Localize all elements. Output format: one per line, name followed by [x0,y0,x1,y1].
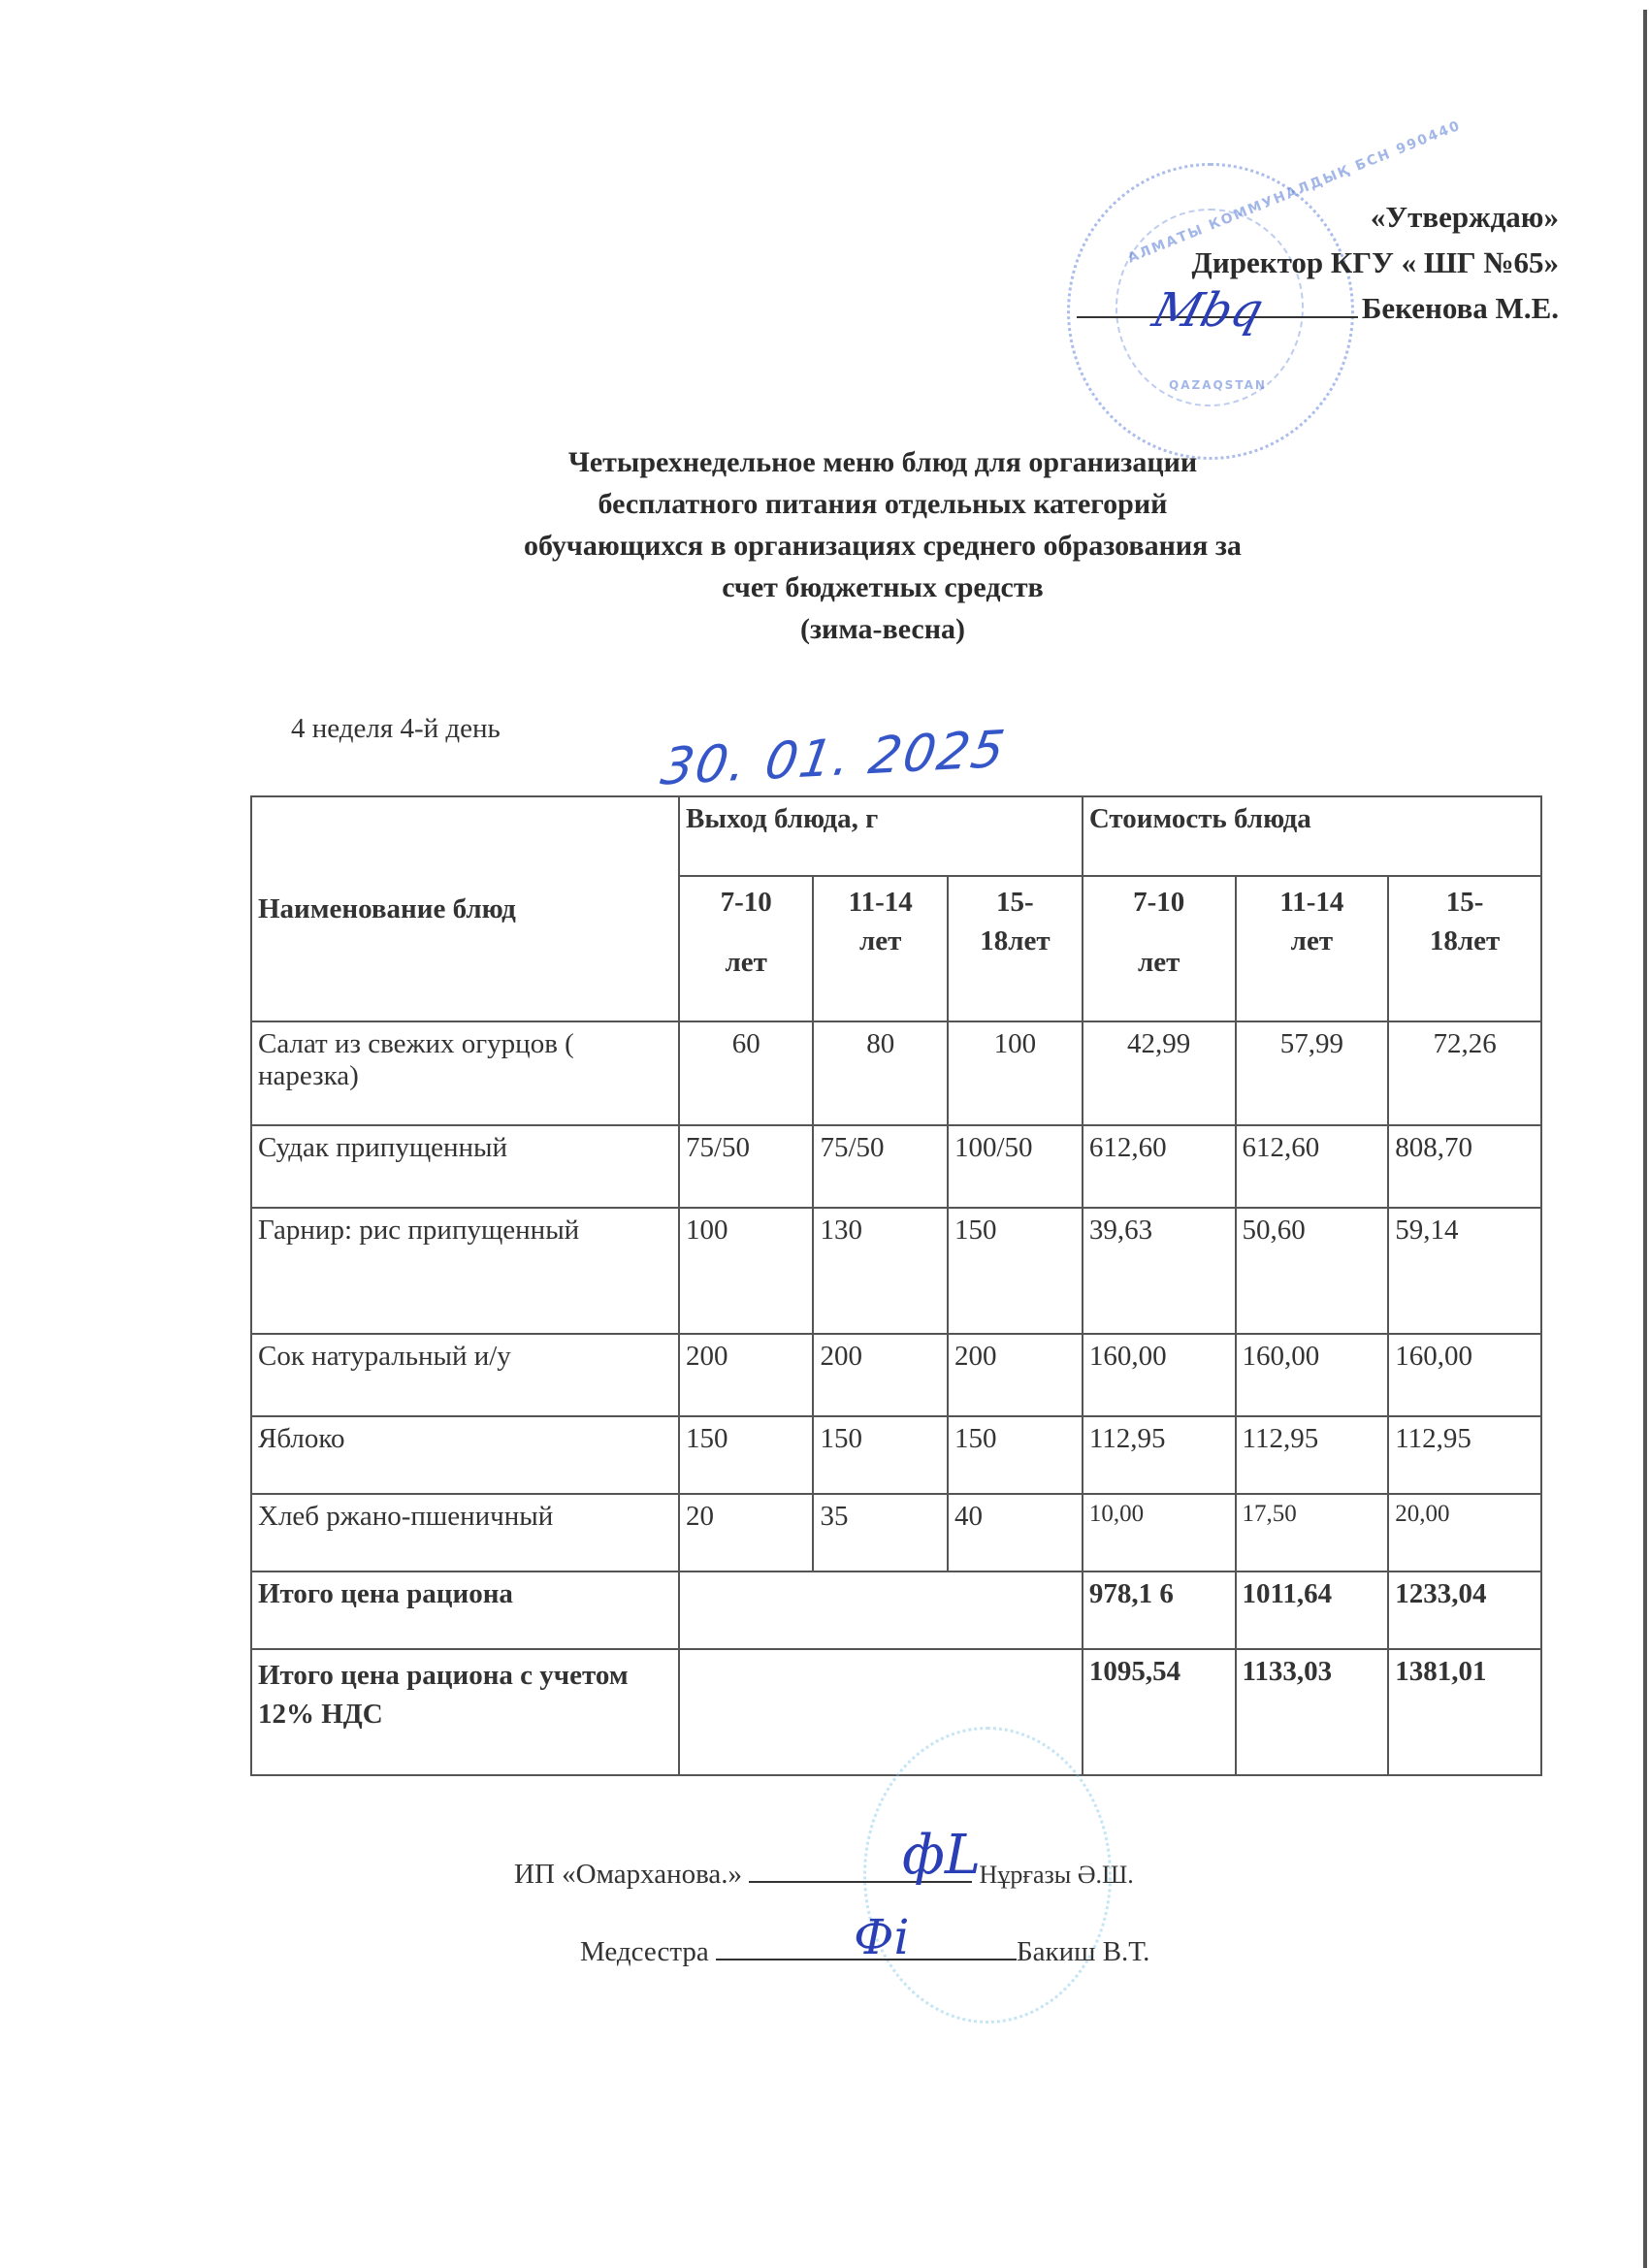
yield-11-14: 35 [813,1494,947,1571]
supplier-label: ИП «Омарханова.» [514,1859,742,1890]
title-line-2: бесплатного питания отдельных категорий [369,483,1397,525]
cost-11-14: 17,50 [1236,1494,1389,1571]
yield-15-18: 200 [948,1334,1083,1416]
cost-15-18: 72,26 [1388,1021,1541,1125]
yield-11-14: 150 [813,1416,947,1494]
table-row: Хлеб ржано-пшеничный 20 35 40 10,00 17,5… [251,1494,1541,1571]
yield-15-18: 150 [948,1208,1083,1334]
yield-7-10: 200 [679,1334,813,1416]
dish-name: Хлеб ржано-пшеничный [251,1494,679,1571]
scan-edge [1643,10,1647,2268]
document-title: Четырехнедельное меню блюд для организац… [369,441,1397,650]
total-vat-cost-7-10: 1095,54 [1083,1649,1236,1775]
header-yield-age-11-14: 11-14лет [813,876,947,1021]
cost-11-14: 612,60 [1236,1125,1389,1208]
cost-15-18: 808,70 [1388,1125,1541,1208]
header-cost-age-15-18: 15-18лет [1388,876,1541,1021]
dish-name: Яблоко [251,1416,679,1494]
cost-7-10: 112,95 [1083,1416,1236,1494]
yield-11-14: 80 [813,1021,947,1125]
week-day-label: 4 неделя 4-й день [291,713,501,745]
table-row: Яблоко 150 150 150 112,95 112,95 112,95 [251,1416,1541,1494]
total-cost-15-18: 1233,04 [1388,1571,1541,1649]
yield-15-18: 100 [948,1021,1083,1125]
total-label: Итого цена рациона [251,1571,679,1649]
header-cost-age-11-14: 11-14лет [1236,876,1389,1021]
cost-15-18: 59,14 [1388,1208,1541,1334]
header-yield-age-15-18: 15-18лет [948,876,1083,1021]
title-line-1: Четырехнедельное меню блюд для организац… [369,441,1397,483]
cost-11-14: 50,60 [1236,1208,1389,1334]
header-dish-name: Наименование блюд [251,796,679,1021]
cost-15-18: 20,00 [1388,1494,1541,1571]
table-row: Сок натуральный и/у 200 200 200 160,00 1… [251,1334,1541,1416]
yield-7-10: 75/50 [679,1125,813,1208]
table-row: Гарнир: рис припущенный 100 130 150 39,6… [251,1208,1541,1334]
header-cost-age-7-10: 7-10лет [1083,876,1236,1021]
total-empty [679,1571,1083,1649]
approval-heading: «Утверждаю» [1077,194,1559,240]
cost-11-14: 112,95 [1236,1416,1389,1494]
yield-7-10: 20 [679,1494,813,1571]
approval-block: «Утверждаю» Директор КГУ « ШГ №65» Бекен… [1077,194,1559,331]
nurse-signature: Фi [854,1909,910,1965]
approval-signer-name: Бекенова М.Е. [1362,291,1559,325]
title-line-4: счет бюджетных средств [369,567,1397,608]
supplier-signature: фL [902,1824,981,1887]
cost-7-10: 160,00 [1083,1334,1236,1416]
nurse-name: Бакиш В.Т. [1017,1936,1149,1967]
dish-name: Судак припущенный [251,1125,679,1208]
total-cost-11-14: 1011,64 [1236,1571,1389,1649]
title-line-3: обучающихся в организациях среднего обра… [369,525,1397,567]
header-yield-age-7-10: 7-10лет [679,876,813,1021]
total-vat-cost-11-14: 1133,03 [1236,1649,1389,1775]
cost-11-14: 160,00 [1236,1334,1389,1416]
cost-7-10: 612,60 [1083,1125,1236,1208]
dish-name: Гарнир: рис припущенный [251,1208,679,1334]
yield-7-10: 150 [679,1416,813,1494]
yield-11-14: 130 [813,1208,947,1334]
cost-11-14: 57,99 [1236,1021,1389,1125]
yield-7-10: 60 [679,1021,813,1125]
header-yield-group: Выход блюда, г [679,796,1083,876]
total-row: Итого цена рациона 978,1 6 1011,64 1233,… [251,1571,1541,1649]
header-cost-group: Стоимость блюда [1083,796,1541,876]
yield-7-10: 100 [679,1208,813,1334]
cost-7-10: 39,63 [1083,1208,1236,1334]
director-signature: Mbq [1147,283,1269,338]
nurse-label: Медсестра [580,1936,709,1967]
yield-11-14: 75/50 [813,1125,947,1208]
total-vat-row: Итого цена рациона с учетом 12% НДС 1095… [251,1649,1541,1775]
dish-name: Сок натуральный и/у [251,1334,679,1416]
supplier-signature-line: ИП «Омарханова.» Нұрғазы Ә.Ш. [514,1856,1134,1891]
dish-name: Салат из свежих огурцов ( нарезка) [251,1021,679,1125]
table-row: Салат из свежих огурцов ( нарезка) 60 80… [251,1021,1541,1125]
handwritten-date: 30. 01. 2025 [657,720,1010,796]
cost-7-10: 10,00 [1083,1494,1236,1571]
yield-15-18: 40 [948,1494,1083,1571]
stamp-top-bottom-text: QAZAQSTAN [1169,378,1267,392]
total-vat-label: Итого цена рациона с учетом 12% НДС [251,1649,679,1775]
table-row: Судак припущенный 75/50 75/50 100/50 612… [251,1125,1541,1208]
approval-position: Директор КГУ « ШГ №65» [1077,240,1559,285]
menu-table: Наименование блюд Выход блюда, г Стоимос… [250,795,1542,1776]
cost-15-18: 160,00 [1388,1334,1541,1416]
approval-signer: Бекенова М.Е. [1077,285,1559,331]
total-vat-cost-15-18: 1381,01 [1388,1649,1541,1775]
title-line-5: (зима-весна) [369,608,1397,650]
yield-15-18: 150 [948,1416,1083,1494]
cost-15-18: 112,95 [1388,1416,1541,1494]
cost-7-10: 42,99 [1083,1021,1236,1125]
total-cost-7-10: 978,1 6 [1083,1571,1236,1649]
yield-15-18: 100/50 [948,1125,1083,1208]
yield-11-14: 200 [813,1334,947,1416]
supplier-name: Нұрғазы Ә.Ш. [980,1861,1134,1889]
